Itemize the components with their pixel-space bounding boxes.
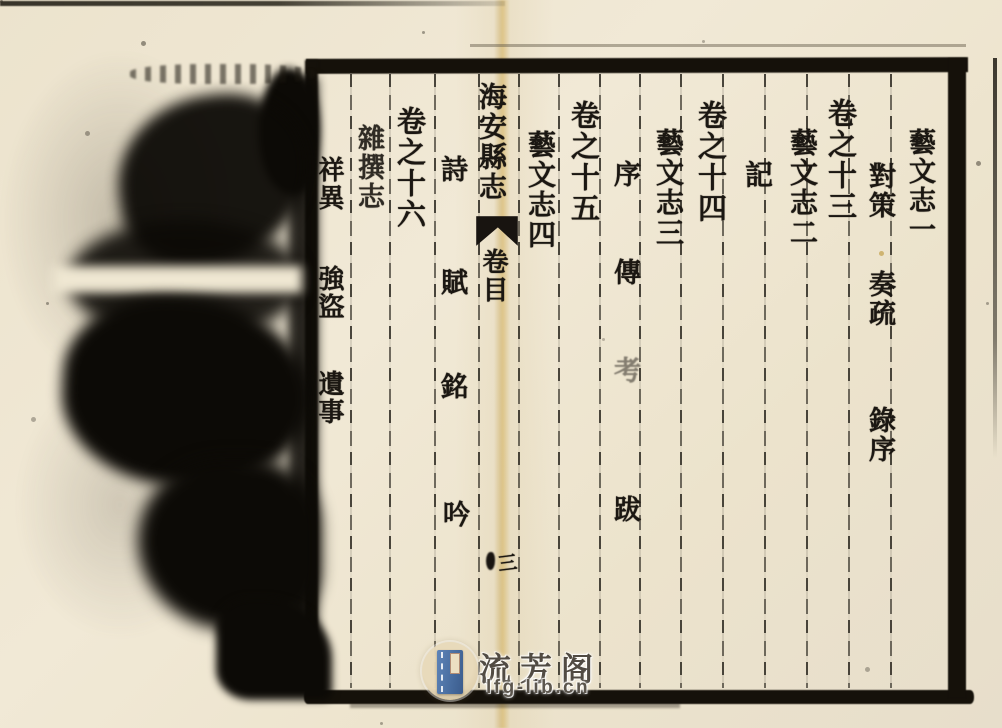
column-rule — [599, 74, 601, 688]
book-icon — [437, 650, 463, 694]
toc-subentry-yishi: 遺事 — [316, 370, 342, 426]
toc-entry-yiwenzhi-3: 藝文志三 — [653, 128, 681, 248]
toc-subentry-zhuan: 傳 — [611, 258, 638, 287]
toc-entry-juan-15: 卷之十五 — [568, 100, 597, 224]
column-rule — [518, 74, 520, 688]
scanned-page: 藝文志一 對策 奏疏 錄序 卷之十三 藝文志二 記 卷之十四 藝文志三 序 傳 … — [0, 0, 1002, 728]
frame-border-right — [948, 58, 966, 698]
toc-subentry-ba: 跋 — [611, 495, 638, 524]
smudge-fringe — [130, 64, 315, 84]
toc-subentry-qiangdao: 強盜 — [316, 265, 342, 321]
column-rule — [558, 74, 560, 688]
toc-subentry-ming: 銘 — [438, 372, 465, 401]
banxin-section-label: 卷目 — [480, 248, 506, 304]
toc-subentry-zoushu: 奏疏 — [866, 270, 893, 328]
frame-border-top — [306, 57, 968, 74]
frame-border-bottom-smear — [350, 703, 680, 708]
outer-edge-line — [993, 58, 997, 458]
toc-subentry-fu: 賦 — [438, 268, 465, 297]
toc-entry-zazhuanzhi: 雜撰志 — [355, 124, 382, 211]
toc-subentry-luxu: 錄序 — [866, 406, 893, 464]
column-rule — [389, 74, 391, 688]
toc-entry-juan-14: 卷之十四 — [695, 100, 724, 224]
page-number: 三 — [495, 552, 516, 574]
dust-specks — [0, 0, 3, 3]
watermark-domain: lfg-lib.cn — [486, 677, 590, 699]
scan-edge-streak — [0, 1, 505, 6]
toc-subentry-yin: 吟 — [440, 500, 467, 529]
ink-blot — [486, 552, 495, 570]
toc-entry-yiwenzhi-1: 藝文志一 — [906, 128, 933, 244]
column-rule — [434, 74, 436, 688]
outer-top-line — [470, 44, 966, 47]
toc-subentry-duice: 對策 — [866, 162, 893, 220]
toc-entry-juan-13: 卷之十三 — [825, 98, 854, 222]
toc-entry-juan-16: 卷之十六 — [394, 106, 423, 230]
toc-subentry-xu: 序 — [611, 160, 638, 189]
frame-border-bottom — [304, 690, 974, 704]
scan-light-gap — [52, 266, 302, 293]
banxin-title: 海安縣志 — [476, 82, 504, 202]
toc-entry-yiwenzhi-2: 藝文志二 — [787, 128, 815, 248]
toc-subentry-kao: 考 — [611, 356, 638, 385]
book-title-label — [450, 653, 460, 674]
book-stitching — [441, 652, 443, 692]
toc-subentry-shi: 詩 — [438, 155, 465, 184]
toc-entry-yiwenzhi-4: 藝文志四 — [525, 130, 553, 250]
column-rule — [350, 74, 352, 688]
toc-subentry-xiangyi: 祥異 — [316, 156, 342, 212]
toc-subentry-ji: 記 — [742, 160, 770, 190]
